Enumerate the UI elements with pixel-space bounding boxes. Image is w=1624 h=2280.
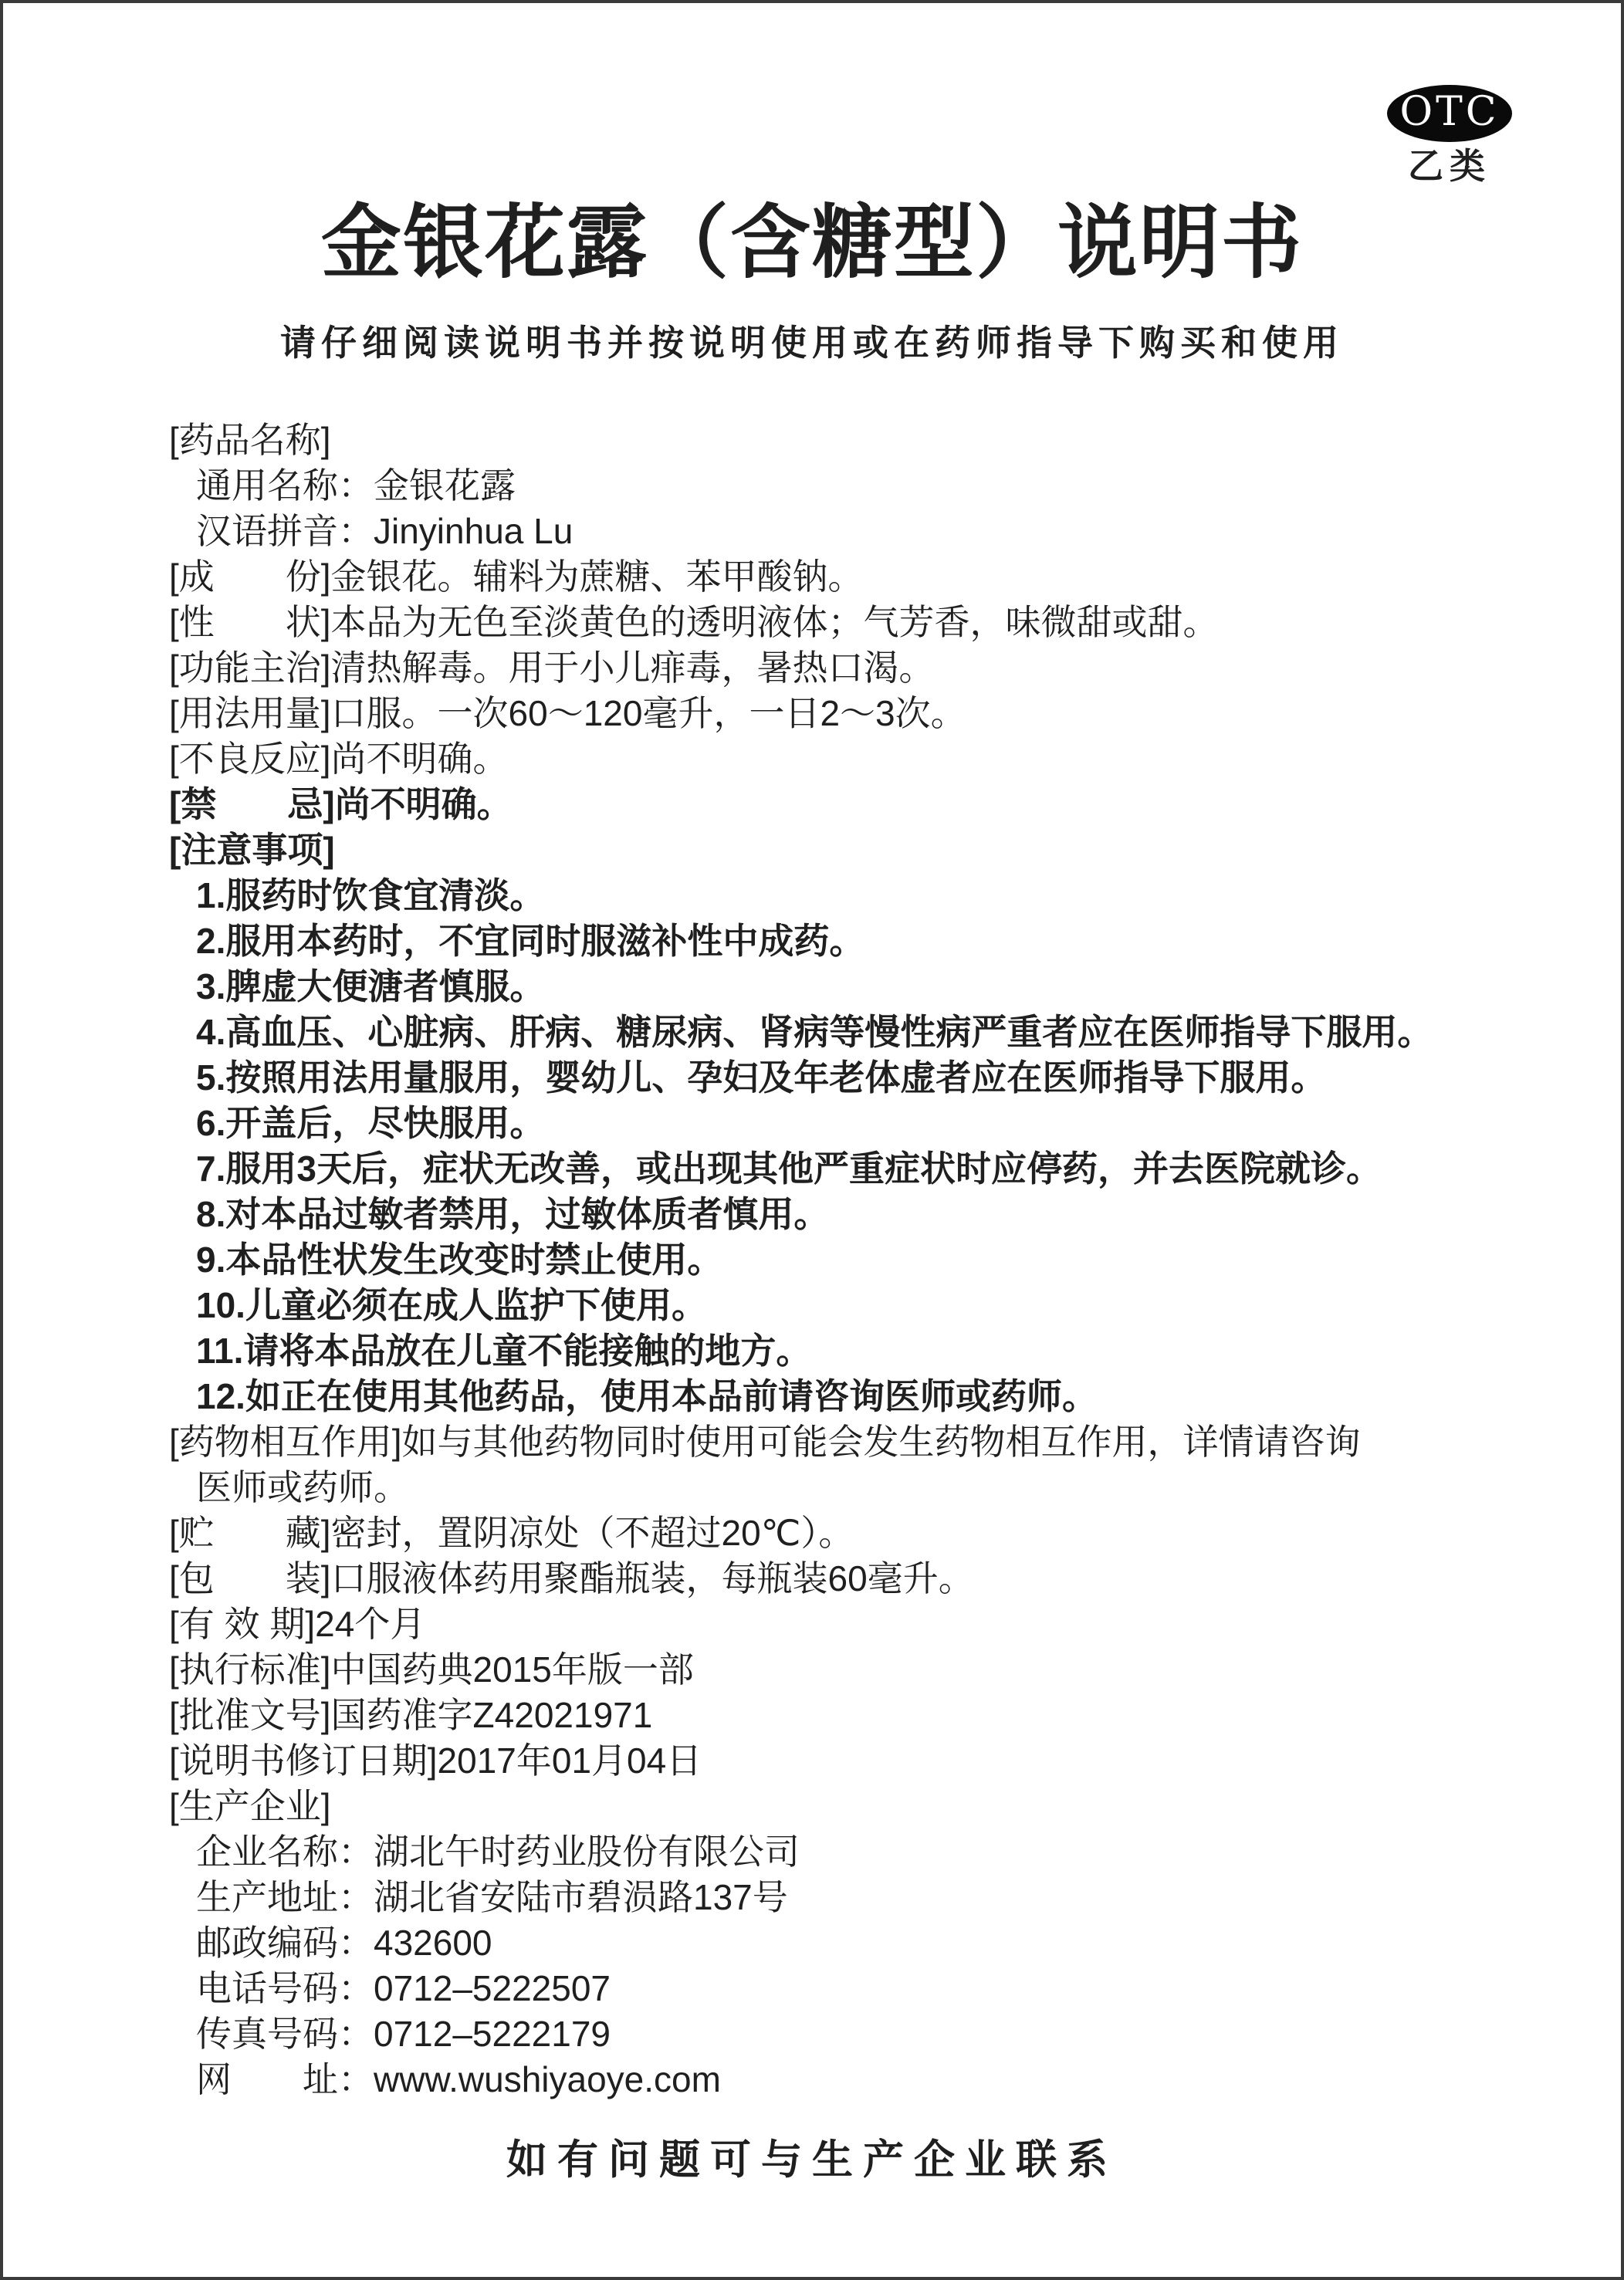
doc-line: 12.如正在使用其他药品，使用本品前请咨询医师或药师。	[169, 1374, 1575, 1419]
doc-line: [执行标准]中国药典2015年版一部	[169, 1647, 1575, 1693]
doc-line: 5.按照用法用量服用，婴幼儿、孕妇及年老体虚者应在医师指导下服用。	[169, 1055, 1575, 1101]
doc-line: [禁 忌]尚不明确。	[169, 782, 1575, 827]
doc-line: 6.开盖后，尽快服用。	[169, 1101, 1575, 1146]
doc-line: [包 装]口服液体药用聚酯瓶装，每瓶装60毫升。	[169, 1556, 1575, 1602]
doc-line: 10.儿童必须在成人监护下使用。	[169, 1283, 1575, 1328]
doc-line: [生产企业]	[169, 1784, 1575, 1829]
doc-line: [用法用量]口服。一次60～120毫升，一日2～3次。	[169, 691, 1575, 736]
page-subtitle: 请仔细阅读说明书并按说明使用或在药师指导下购买和使用	[3, 315, 1621, 366]
doc-line: 电话号码：0712–5222507	[169, 1966, 1575, 2011]
doc-line: 2.服用本药时，不宜同时服滋补性中成药。	[169, 918, 1575, 964]
doc-line: 邮政编码：432600	[169, 1920, 1575, 1966]
doc-line: 8.对本品过敏者禁用，过敏体质者慎用。	[169, 1192, 1575, 1237]
otc-class-label: 乙类	[1387, 148, 1512, 184]
doc-line: 传真号码：0712–5222179	[169, 2011, 1575, 2057]
otc-logo-text: OTC	[1399, 92, 1499, 135]
doc-line: [药物相互作用]如与其他药物同时使用可能会发生药物相互作用，详情请咨询	[169, 1419, 1575, 1465]
doc-line: 生产地址：湖北省安陆市碧涢路137号	[169, 1875, 1575, 1920]
doc-line: [药品名称]	[169, 418, 1575, 463]
doc-line: 汉语拼音：Jinyinhua Lu	[169, 509, 1575, 554]
doc-line: 4.高血压、心脏病、肝病、糖尿病、肾病等慢性病严重者应在医师指导下服用。	[169, 1010, 1575, 1055]
otc-mark: OTC 乙类	[1387, 85, 1512, 184]
doc-line: 3.脾虚大便溏者慎服。	[169, 964, 1575, 1010]
doc-line: [成 份]金银花。辅料为蔗糖、苯甲酸钠。	[169, 554, 1575, 600]
page-title: 金银花露（含糖型）说明书	[3, 198, 1621, 290]
doc-line: [说明书修订日期]2017年01月04日	[169, 1738, 1575, 1784]
doc-line: [批准文号]国药准字Z42021971	[169, 1693, 1575, 1738]
doc-line: [不良反应]尚不明确。	[169, 736, 1575, 782]
doc-line: 医师或药师。	[169, 1465, 1575, 1510]
doc-line: [功能主治]清热解毒。用于小儿痱毒，暑热口渴。	[169, 645, 1575, 691]
doc-line: [注意事项]	[169, 827, 1575, 873]
otc-logo: OTC	[1387, 85, 1512, 142]
doc-line: 通用名称：金银花露	[169, 463, 1575, 509]
doc-line: [有 效 期]24个月	[169, 1602, 1575, 1647]
leaflet-body: [药品名称]通用名称：金银花露汉语拼音：Jinyinhua Lu[成 份]金银花…	[169, 418, 1575, 2102]
doc-line: [贮 藏]密封，置阴凉处（不超过20℃）。	[169, 1510, 1575, 1556]
footer-contact-note: 如有问题可与生产企业联系	[3, 2127, 1621, 2186]
doc-line: 9.本品性状发生改变时禁止使用。	[169, 1237, 1575, 1283]
doc-line: 11.请将本品放在儿童不能接触的地方。	[169, 1328, 1575, 1374]
doc-line: 1.服药时饮食宜清淡。	[169, 873, 1575, 918]
doc-line: [性 状]本品为无色至淡黄色的透明液体；气芳香，味微甜或甜。	[169, 600, 1575, 645]
doc-line: 企业名称：湖北午时药业股份有限公司	[169, 1829, 1575, 1875]
leaflet-page: OTC 乙类 金银花露（含糖型）说明书 请仔细阅读说明书并按说明使用或在药师指导…	[0, 0, 1624, 2280]
doc-line: 7.服用3天后，症状无改善，或出现其他严重症状时应停药，并去医院就诊。	[169, 1146, 1575, 1192]
doc-line: 网 址：www.wushiyaoye.com	[169, 2057, 1575, 2102]
